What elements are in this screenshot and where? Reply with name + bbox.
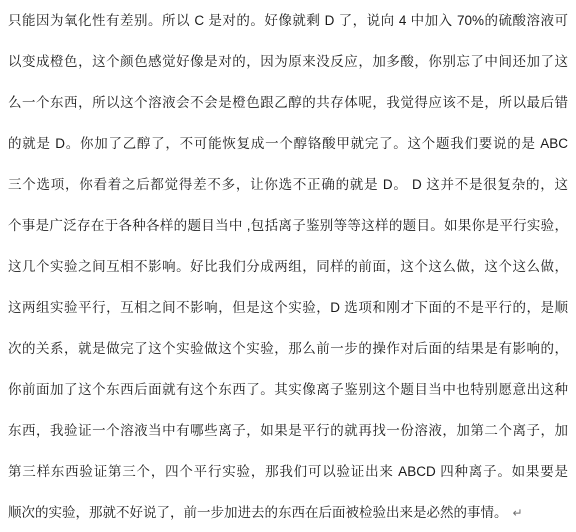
text-line: 次的关系，就是做完了这个实验做这个实验，那么前一步的操作对后面的结果是有影响的， [8,328,568,369]
text-line-content: 顺次的实验，那就不好说了，前一步加进去的东西在后面被检验出来是必然的事情。 [8,505,508,520]
text-line: 以变成橙色，这个颜色感觉好像是对的，因为原来没反应，加多酸，你别忘了中间还加了这 [8,41,568,82]
text-line: 这两组实验平行，互相之间不影响，但是这个实验，D 选项和刚才下面的不是平行的，是… [8,287,568,328]
text-line: 个事是广泛存在于各种各样的题目当中 ,包括离子鉴别等等这样的题目。如果你是平行实… [8,205,568,246]
text-line: 只能因为氧化性有差别。所以 C 是对的。好像就剩 D 了，说向 4 中加入 70… [8,0,568,41]
text-line: 的就是 D。你加了乙醇了，不可能恢复成一个醇铬酸甲就完了。这个题我们要说的是 A… [8,123,568,164]
text-line: 三个选项，你看着之后都觉得差不多，让你选不正确的就是 D。 D 这并不是很复杂的… [8,164,568,205]
text-line: 这几个实验之间互相不影响。好比我们分成两组，同样的前面，这个这么做，这个这么做， [8,246,568,287]
paragraph-return-icon: ↵ [513,506,523,520]
document-page: 只能因为氧化性有差别。所以 C 是对的。好像就剩 D 了，说向 4 中加入 70… [0,0,576,532]
text-line: 么一个东西，所以这个溶液会不会是橙色跟乙醇的共存体呢，我觉得应该不是，所以最后错 [8,82,568,123]
text-line: 东西，我验证一个溶液当中有哪些离子，如果是平行的就再找一份溶液，加第二个离子，加 [8,410,568,451]
text-line: 第三样东西验证第三个，四个平行实验，那我们可以验证出来 ABCD 四种离子。如果… [8,451,568,492]
text-line: 你前面加了这个东西后面就有这个东西了。其实像离子鉴别这个题目当中也特别愿意出这种 [8,369,568,410]
text-line-last: 顺次的实验，那就不好说了，前一步加进去的东西在后面被检验出来是必然的事情。↵ [8,492,568,532]
